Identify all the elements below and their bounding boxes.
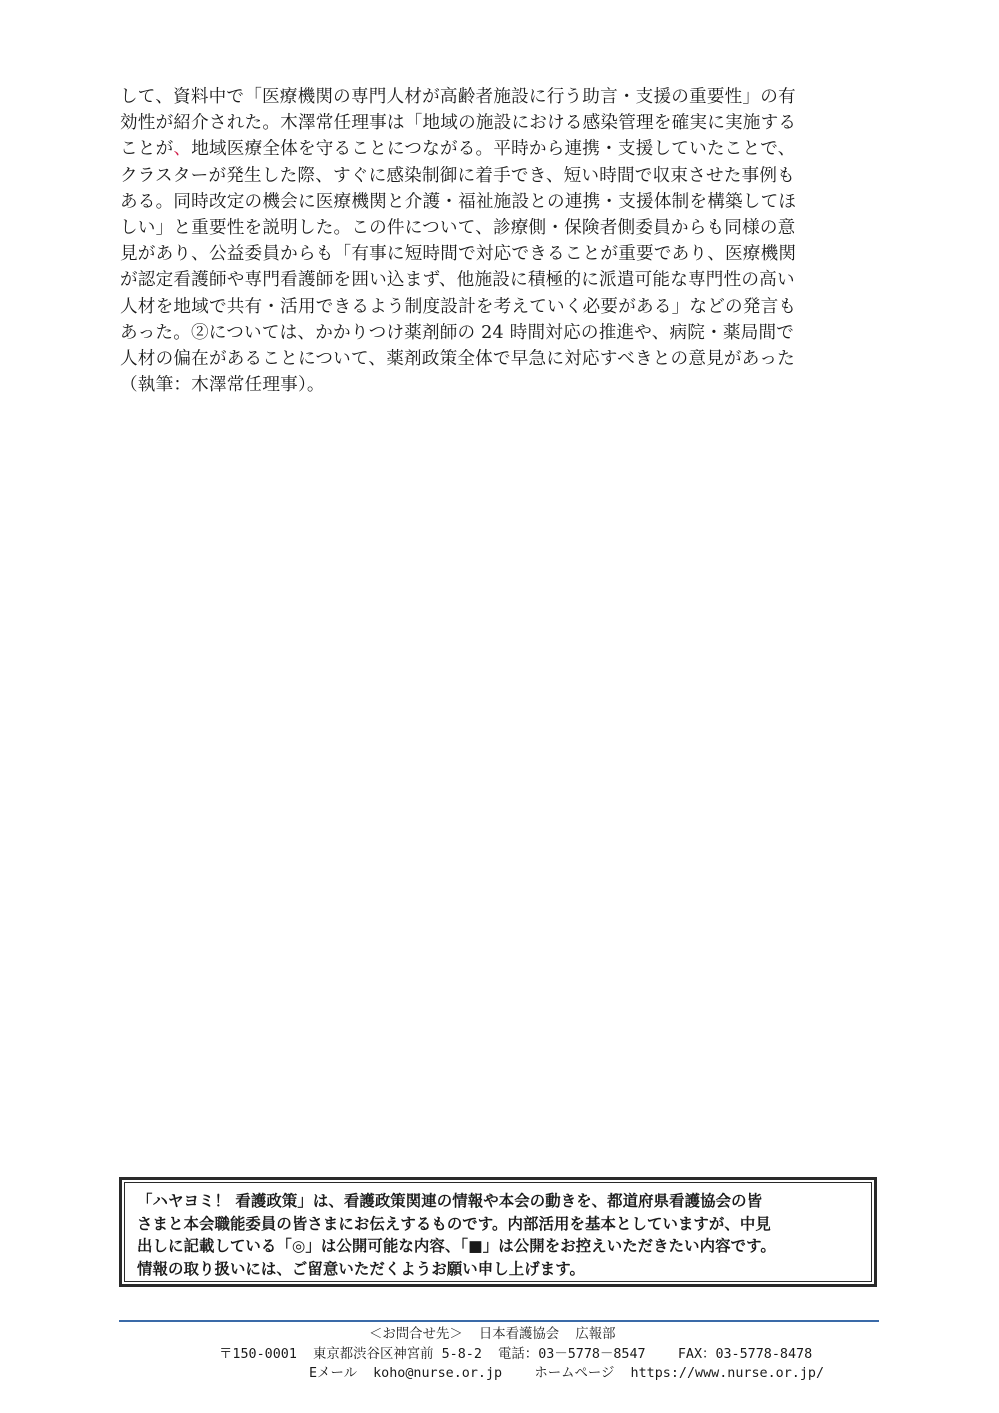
body-line: しい」と重要性を説明した。この件について、診療側・保険者側委員からも同様の意 <box>120 215 880 241</box>
postal-code: 〒150-0001 <box>219 1347 297 1362</box>
body-line: が認定看護師や専門看護師を囲い込まず、他施設に積極的に派遣可能な専門性の高い <box>120 267 880 293</box>
address: 東京都渋谷区神宮前 5-8-2 <box>313 1347 482 1362</box>
body-line: して、資料中で「医療機関の専門人材が高齢者施設に行う助言・支援の重要性」の有 <box>120 84 880 110</box>
email-label: Eメール <box>309 1366 357 1381</box>
notice-box: 「ハヤヨミ！ 看護政策」は、看護政策関連の情報や本会の動きを、都道府県看護協会の… <box>119 1177 877 1287</box>
footer-divider <box>119 1320 879 1322</box>
address-row: 〒150-0001 東京都渋谷区神宮前 5-8-2 電話：03－5778－854… <box>119 1345 879 1365</box>
contact-header-row: ＜お問合せ先＞ 日本看護協会 広報部 <box>119 1325 879 1345</box>
email-link[interactable]: koho@nurse.or.jp <box>373 1366 502 1381</box>
notice-inner: 「ハヤヨミ！ 看護政策」は、看護政策関連の情報や本会の動きを、都道府県看護協会の… <box>124 1182 872 1282</box>
body-line: （執筆：木澤常任理事）。 <box>120 372 880 398</box>
phone-number: 03－5778－8547 <box>538 1347 645 1362</box>
notice-line: 出しに記載している「◎」は公開可能な内容、「■」は公開をお控えいただきたい内容で… <box>137 1235 871 1258</box>
body-line: 見があり、公益委員からも「有事に短時間で対応できることが重要であり、医療機関 <box>120 241 880 267</box>
body-line-rest: 地域医療全体を守ることにつながる。平時から連携・支援していたことで、 <box>191 139 795 159</box>
body-line: ある。同時改定の機会に医療機関と介護・福祉施設との連携・支援体制を構築してほ <box>120 189 880 215</box>
homepage-link[interactable]: https://www.nurse.or.jp/ <box>631 1366 824 1381</box>
red-comma-mark: 、 <box>173 139 191 159</box>
body-line: ことが、地域医療全体を守ることにつながる。平時から連携・支援していたことで、 <box>120 136 880 162</box>
phone-label: 電話： <box>498 1347 538 1362</box>
notice-line: 「ハヤヨミ！ 看護政策」は、看護政策関連の情報や本会の動きを、都道府県看護協会の… <box>137 1190 871 1213</box>
department-name: 広報部 <box>575 1327 615 1342</box>
body-line: クラスターが発生した際、すぐに感染制御に着手でき、短い時間で収束させた事例も <box>120 163 880 189</box>
organization-name: 日本看護協会 <box>479 1327 559 1342</box>
fax-number: 03-5778-8478 <box>715 1347 812 1362</box>
body-line-start: ことが <box>120 139 173 159</box>
contact-footer: ＜お問合せ先＞ 日本看護協会 広報部 〒150-0001 東京都渋谷区神宮前 5… <box>119 1325 879 1384</box>
body-line: 人材の偏在があることについて、薬剤政策全体で早急に対応すべきとの意見があった <box>120 346 880 372</box>
contact-label: ＜お問合せ先＞ <box>369 1327 463 1342</box>
body-line: 人材を地域で共有・活用できるよう制度設計を考えていく必要がある」などの発言も <box>120 294 880 320</box>
article-body: して、資料中で「医療機関の専門人材が高齢者施設に行う助言・支援の重要性」の有 効… <box>120 84 880 398</box>
homepage-label: ホームページ <box>534 1366 614 1381</box>
body-line: あった。②については、かかりつけ薬剤師の 24 時間対応の推進や、病院・薬局間で <box>120 320 880 346</box>
online-contact-row: Eメール koho@nurse.or.jp ホームページ https://www… <box>119 1364 879 1384</box>
body-line: 効性が紹介された。木澤常任理事は「地域の施設における感染管理を確実に実施する <box>120 110 880 136</box>
fax-label: FAX： <box>678 1347 716 1362</box>
notice-line: 情報の取り扱いには、ご留意いただくようお願い申し上げます。 <box>137 1258 871 1281</box>
notice-line: さまと本会職能委員の皆さまにお伝えするものです。内部活用を基本としていますが、中… <box>137 1213 871 1236</box>
